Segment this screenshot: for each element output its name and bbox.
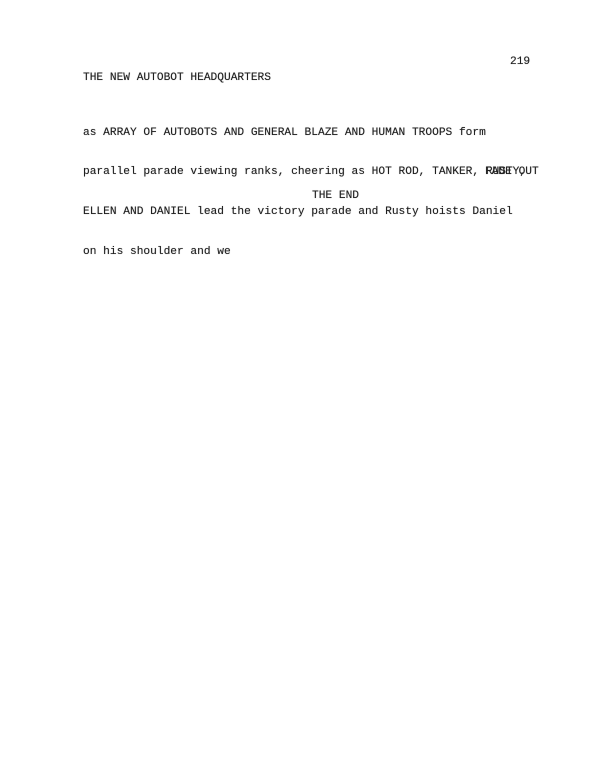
script-page: 219 THE NEW AUTOBOT HEADQUARTERS as ARRA… [0,0,600,778]
end-marker: THE END [312,190,359,203]
transition-fade-out: FADE OUT [485,166,539,179]
action-line: as ARRAY OF AUTOBOTS AND GENERAL BLAZE A… [83,127,526,140]
action-paragraph: as ARRAY OF AUTOBOTS AND GENERAL BLAZE A… [83,100,526,286]
page-number: 219 [510,56,530,69]
scene-heading: THE NEW AUTOBOT HEADQUARTERS [83,72,271,85]
action-line: parallel parade viewing ranks, cheering … [83,166,526,179]
action-line: on his shoulder and we [83,246,526,259]
action-line: ELLEN AND DANIEL lead the victory parade… [83,206,526,219]
